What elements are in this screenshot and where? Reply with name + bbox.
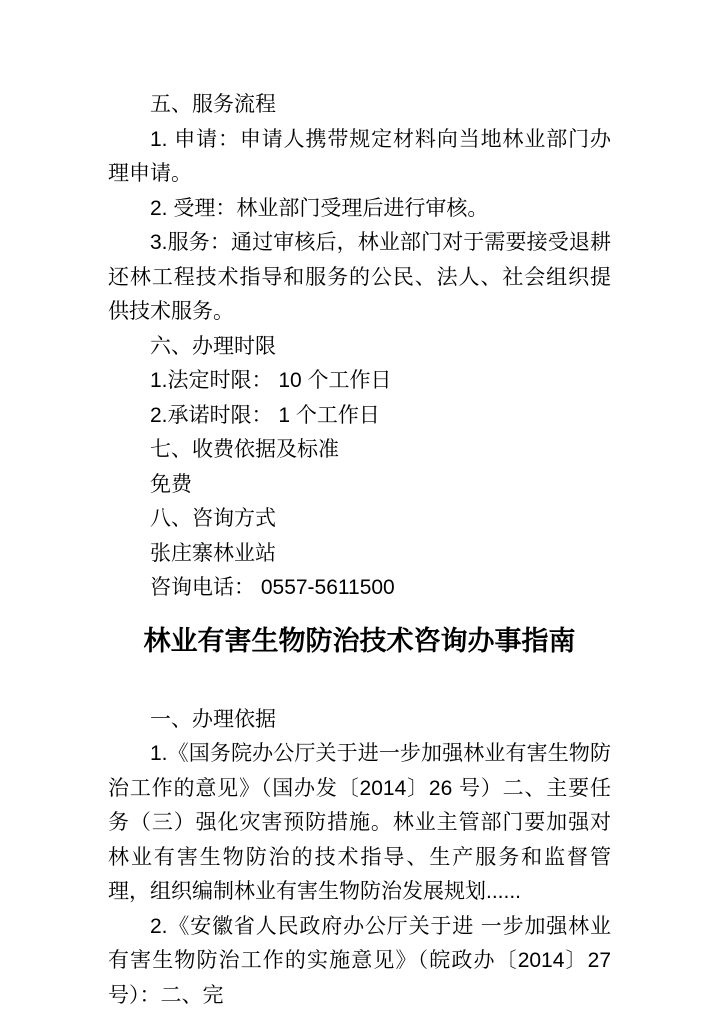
step-1-apply: 1. 申请：申请人携带规定材料向当地林业部门办理申请。 [108,123,611,192]
statutory-time-limit: 1.法定时限： 10 个工作日 [108,364,611,399]
heading-service-flow: 五、服务流程 [108,88,611,123]
heading-handling-basis: 一、办理依据 [108,703,611,738]
promised-time-limit: 2.承诺时限： 1 个工作日 [108,399,611,434]
heading-fee-basis: 七、收费依据及标准 [108,433,611,468]
heading-time-limit: 六、办理时限 [108,330,611,365]
step-3-service: 3.服务：通过审核后，林业部门对于需要接受退耕还林工程技术指导和服务的公民、法人… [108,226,611,330]
consult-phone: 咨询电话： 0557-5611500 [108,571,611,606]
heading-consult-method: 八、咨询方式 [108,502,611,537]
document-title: 林业有害生物防治技术咨询办事指南 [108,619,611,663]
fee-free: 免费 [108,468,611,503]
basis-item-1: 1.《国务院办公厅关于进一步加强林业有害生物防治工作的意见》（国办发〔2014〕… [108,737,611,910]
step-2-accept: 2. 受理：林业部门受理后进行审核。 [108,192,611,227]
consult-station: 张庄寨林业站 [108,537,611,572]
basis-item-2: 2.《安徽省人民政府办公厅关于进 一步加强林业有害生物防治工作的实施意见》（皖政… [108,910,611,1011]
document-page: 五、服务流程 1. 申请：申请人携带规定材料向当地林业部门办理申请。 2. 受理… [0,0,715,1011]
